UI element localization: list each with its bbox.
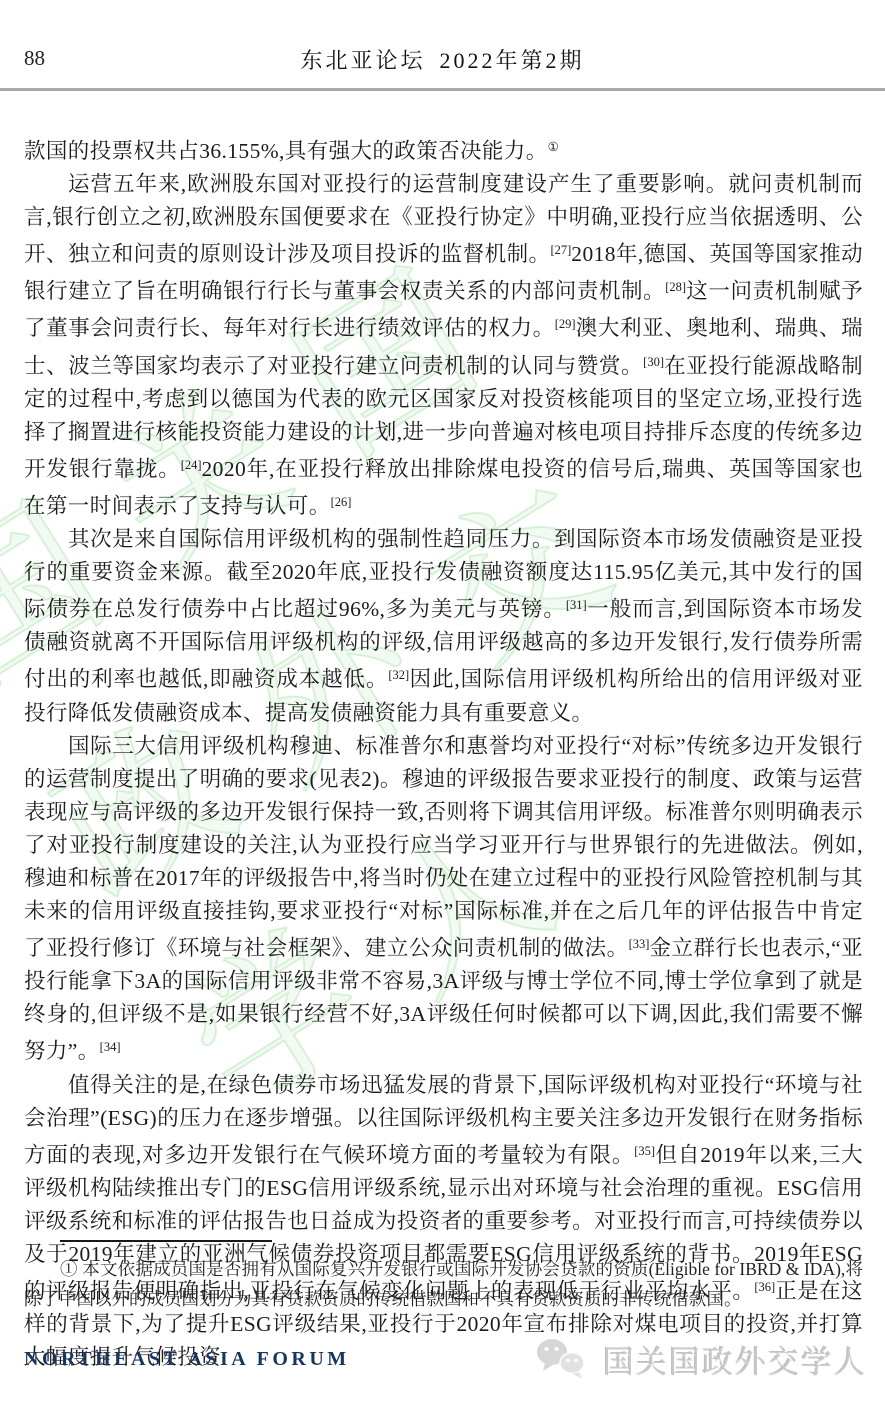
footnote: ① 本文依据成员国是否拥有从国际复兴开发银行或国际开发协会贷款的资质(Eligi… (24, 1254, 863, 1314)
watermark-text: 国关国政外交学人 (603, 1337, 867, 1382)
text-run: 款国的投票权共占36.155%,具有强大的政策否决能力。 (24, 139, 548, 163)
header-divider (0, 88, 885, 91)
footnote-ref: [29] (555, 317, 576, 331)
paragraph: 其次是来自国际信用评级机构的强制性趋同压力。到国际资本市场发债融资是亚投行的重要… (24, 523, 863, 730)
footnote-ref: [34] (100, 1040, 121, 1054)
footnote-list: ① 本文依据成员国是否拥有从国际复兴开发银行或国际开发协会贷款的资质(Eligi… (24, 1254, 863, 1314)
journal-name: 东北亚论坛 (300, 48, 425, 73)
paragraph: 国际三大信用评级机构穆迪、标准普尔和惠誉均对亚投行“对标”传统多边开发银行的运营… (24, 730, 863, 1069)
paragraph: 值得关注的是,在绿色债券市场迅猛发展的背景下,国际评级机构对亚投行“环境与社会治… (24, 1069, 863, 1375)
paragraph: 款国的投票权共占36.155%,具有强大的政策否决能力。① (24, 131, 863, 168)
footnote-ref: [26] (331, 495, 352, 509)
journal-title: 东北亚论坛2022年第2期 (0, 44, 885, 75)
journal-brand: NORTHEAST ASIA FORUM (24, 1348, 350, 1371)
footnote-ref: [33] (629, 937, 650, 951)
paragraph: 运营五年来,欧洲股东国对亚投行的运营制度建设产生了重要影响。就问责机制而言,银行… (24, 168, 863, 523)
footnote-ref: [35] (634, 1144, 655, 1158)
wechat-watermark: 国关国政外交学人 (535, 1336, 867, 1382)
footnote-ref: [28] (665, 280, 686, 294)
footnote-section: ① 本文依据成员国是否拥有从国际复兴开发银行或国际开发协会贷款的资质(Eligi… (24, 1240, 863, 1314)
footnote-ref: [30] (643, 355, 664, 369)
text-run: 国际三大信用评级机构穆迪、标准普尔和惠誉均对亚投行“对标”传统多边开发银行的运营… (24, 734, 863, 961)
footnote-ref: [31] (566, 598, 587, 612)
journal-page: 国关国政外交学人 88 东北亚论坛2022年第2期 款国的投票权共占36.155… (0, 0, 885, 1403)
footnote-ref: [32] (388, 668, 409, 682)
wechat-icon (535, 1336, 591, 1382)
journal-issue: 2022年第2期 (440, 48, 585, 73)
footnote-ref: [27] (550, 243, 571, 257)
footnote-ref: [24] (181, 458, 202, 472)
footnote-divider (60, 1240, 272, 1242)
article-body: 款国的投票权共占36.155%,具有强大的政策否决能力。①运营五年来,欧洲股东国… (24, 131, 863, 1374)
text-run: ① 本文依据成员国是否拥有从国际复兴开发银行或国际开发协会贷款的资质(Eligi… (24, 1259, 863, 1309)
footnote-ref: ① (548, 140, 559, 154)
